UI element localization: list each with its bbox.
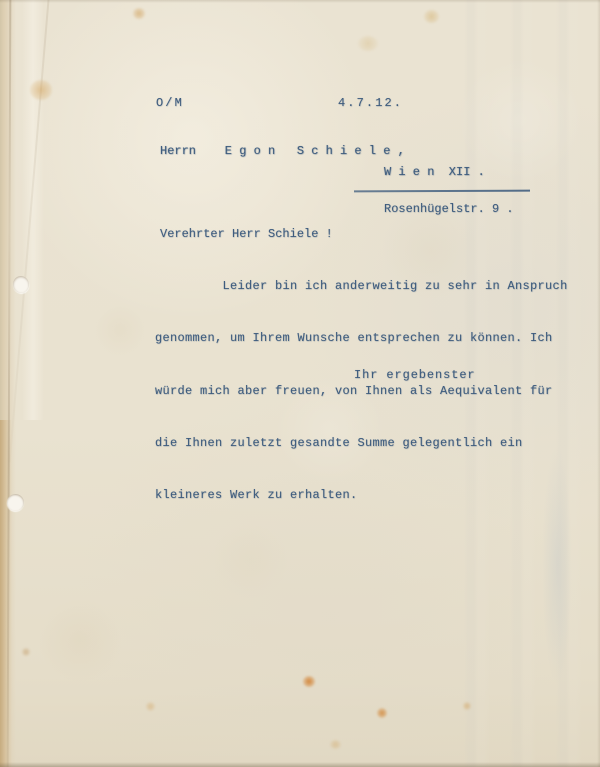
punch-hole-bottom bbox=[6, 493, 26, 513]
stain bbox=[377, 708, 387, 718]
letter-date: 4.7.12. bbox=[338, 96, 403, 110]
stain bbox=[133, 8, 145, 19]
left-deckle-edge bbox=[0, 0, 16, 767]
recipient-city-line: W i e n XII . bbox=[384, 165, 485, 179]
punch-hole-top bbox=[11, 274, 31, 294]
closing-line: Ihr ergebenster bbox=[354, 368, 476, 382]
address-underline bbox=[354, 190, 530, 193]
bottom-edge-shadow bbox=[0, 762, 600, 767]
recipient-name-line: Herrn E g o n S c h i e l e , bbox=[160, 144, 405, 158]
stain bbox=[358, 36, 378, 51]
stain bbox=[30, 80, 52, 100]
diagonal-crease bbox=[9, 0, 50, 462]
stain bbox=[463, 702, 471, 710]
stain bbox=[303, 676, 315, 687]
body-line: kleineres Werk zu erhalten. bbox=[155, 483, 568, 507]
top-edge-shadow bbox=[0, 0, 600, 3]
body-line: die Ihnen zuletzt gesandte Summe gelegen… bbox=[155, 431, 568, 455]
scanned-letter-page: O/M 4.7.12. Herrn E g o n S c h i e l e … bbox=[0, 0, 600, 767]
left-edge-browning bbox=[0, 420, 12, 767]
body-line: würde mich aber freuen, von Ihnen als Ae… bbox=[155, 379, 568, 403]
salutation-line: Verehrter Herr Schiele ! bbox=[160, 227, 333, 241]
stain bbox=[424, 10, 439, 23]
reference-mark: O/M bbox=[156, 96, 184, 110]
body-line: Leider bin ich anderweitig zu sehr in An… bbox=[155, 274, 568, 298]
stain bbox=[330, 740, 341, 749]
stain bbox=[22, 648, 30, 656]
recipient-street-line: Rosenhügelstr. 9 . bbox=[384, 202, 514, 216]
letter-body: Leider bin ich anderweitig zu sehr in An… bbox=[155, 246, 568, 535]
vertical-crease bbox=[7, 0, 12, 767]
stain bbox=[146, 702, 155, 711]
fold-highlight bbox=[22, 0, 44, 420]
body-line: genommen, um Ihrem Wunsche entsprechen z… bbox=[155, 326, 568, 350]
